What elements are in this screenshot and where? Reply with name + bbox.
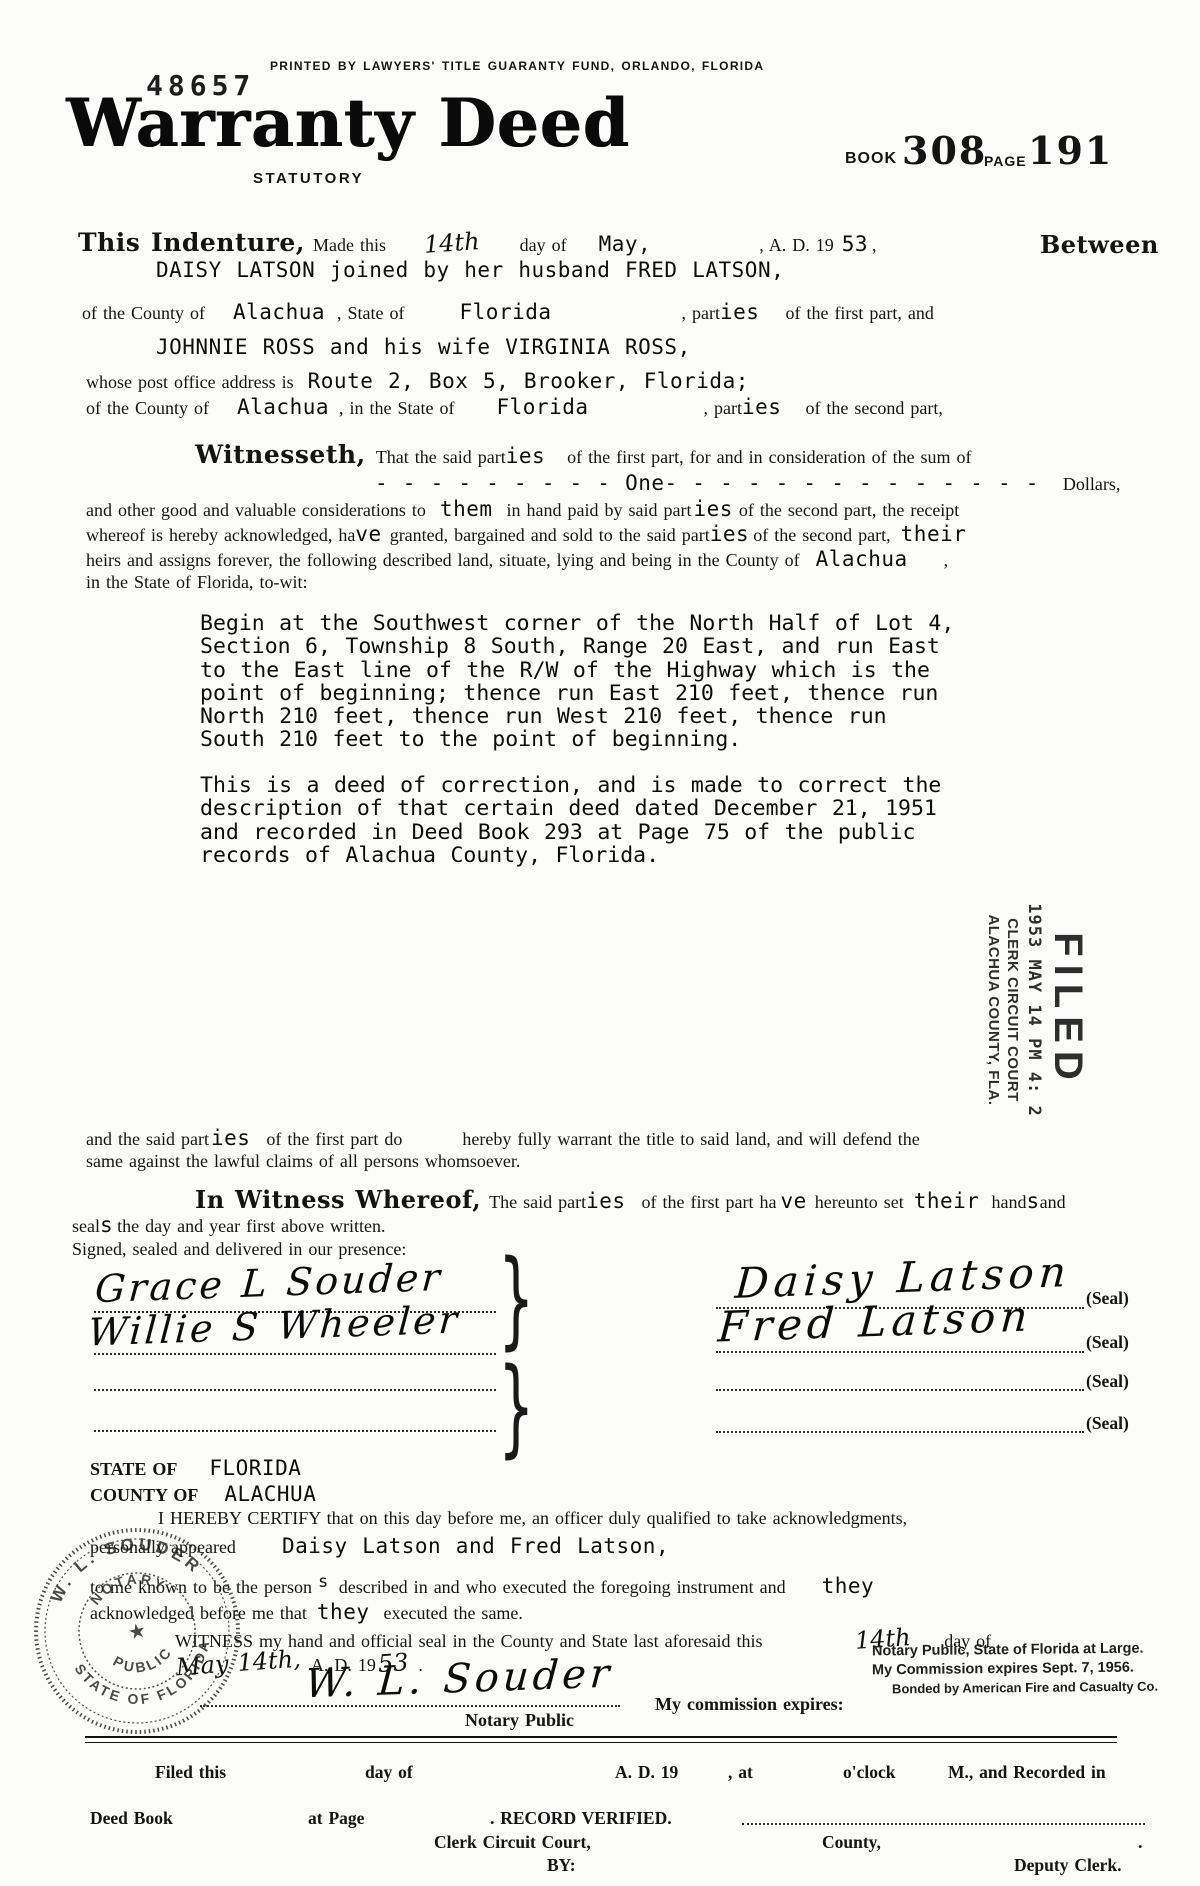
l2a-text: and other good and valuable consideratio… bbox=[86, 500, 426, 520]
witness2-signature: Willie S Wheeler bbox=[88, 1305, 460, 1349]
second-part-text: of the second part, bbox=[805, 398, 942, 418]
legal-description-para1: Begin at the Southwest corner of the Nor… bbox=[200, 612, 954, 752]
county-line: COUNTY OFALACHUA bbox=[90, 1482, 316, 1506]
state-of-text: , State of bbox=[337, 303, 405, 323]
footer-at-label: , at bbox=[728, 1762, 753, 1782]
county1-typed: Alachua bbox=[233, 300, 325, 324]
iww-ies-typed: ies bbox=[586, 1189, 625, 1213]
brace-top: } bbox=[498, 1246, 534, 1352]
l4-county-typed: Alachua bbox=[816, 547, 908, 571]
iww-hand-text: hand bbox=[991, 1192, 1026, 1212]
footer-ad19-label: A. D. 19 bbox=[615, 1762, 678, 1782]
first-part-text: of the first part, and bbox=[785, 303, 933, 323]
seal-label-2: (Seal) bbox=[1086, 1332, 1129, 1352]
l4a-text: heirs and assigns forever, the following… bbox=[86, 550, 800, 570]
document-title: Warranty Deed bbox=[66, 84, 630, 162]
warranty-l1b-text: of the first part do bbox=[266, 1129, 402, 1149]
description-line: Section 6, Township 8 South, Range 20 Ea… bbox=[200, 635, 954, 658]
commission-expires-label: My commission expires: bbox=[655, 1694, 844, 1715]
amount-line: - - - - - - - - - One- - - - - - - - - -… bbox=[375, 471, 1120, 495]
svg-text:PUBLIC: PUBLIC bbox=[108, 1641, 179, 1681]
state-label-text: STATE OF bbox=[90, 1459, 177, 1479]
seal-inner-bottom-text: PUBLIC bbox=[108, 1641, 179, 1681]
l2-ies-typed: ies bbox=[693, 497, 732, 521]
certify-line: I HEREBY CERTIFY that on this day before… bbox=[158, 1508, 907, 1529]
consideration-line3: whereof is hereby acknowledged, havegran… bbox=[86, 522, 966, 546]
footer-day-of-label: day of bbox=[365, 1762, 413, 1782]
witness-sig-line2 bbox=[94, 1352, 496, 1355]
county-label-text: COUNTY OF bbox=[90, 1485, 198, 1505]
person-s-typed: s bbox=[318, 1572, 329, 1592]
seal-label-3: (Seal) bbox=[1086, 1371, 1129, 1391]
book-label: BOOK bbox=[845, 150, 897, 168]
grantors-names: DAISY LATSON joined by her husband FRED … bbox=[156, 258, 784, 282]
witnesseth-line: Witnesseth,That the said partiesof the f… bbox=[195, 441, 972, 470]
iww-ve-typed: ve bbox=[780, 1189, 806, 1213]
witness-sig-line3 bbox=[94, 1388, 496, 1391]
footer-period: . bbox=[1138, 1832, 1142, 1852]
brace-bottom: } bbox=[498, 1354, 534, 1460]
svg-text:NOTARY: NOTARY bbox=[83, 1563, 172, 1610]
witness-whereof-line2: sealsthe day and year first above writte… bbox=[72, 1213, 386, 1237]
seal-star-icon: ★ bbox=[126, 1619, 148, 1644]
warranty-deed-document: PRINTED BY LAWYERS' TITLE GUARANTY FUND,… bbox=[0, 0, 1200, 1886]
l4b-text: , bbox=[944, 550, 949, 570]
notary-signature: W. L. Souder bbox=[305, 1656, 613, 1702]
l2c-text: of the second part, the receipt bbox=[739, 500, 959, 520]
grantor2-signature: Fred Latson bbox=[718, 1298, 1033, 1346]
deputy-clerk-label: Deputy Clerk. bbox=[1014, 1855, 1121, 1875]
po-label-text: whose post office address is bbox=[86, 372, 294, 392]
iww-s1-typed: s bbox=[1026, 1189, 1039, 1213]
that-said-part-text: That the said part bbox=[376, 447, 506, 467]
post-office-line: whose post office address isRoute 2, Box… bbox=[86, 369, 749, 393]
iww-l1a-text: The said part bbox=[489, 1192, 586, 1212]
witness2-script: Willie S Wheeler bbox=[87, 1298, 462, 1355]
state-typed: FLORIDA bbox=[209, 1456, 301, 1480]
footer-county-label: County, bbox=[822, 1832, 881, 1852]
known-b-text: described in and who executed the forego… bbox=[339, 1577, 786, 1597]
description-line: Begin at the Southwest corner of the Nor… bbox=[200, 612, 954, 635]
consideration-line5: in the State of Florida, to-wit: bbox=[86, 572, 307, 593]
appeared-names-typed: Daisy Latson and Fred Latson, bbox=[282, 1534, 669, 1558]
made-this-text: Made this bbox=[313, 235, 386, 255]
printed-by-line: PRINTED BY LAWYERS' TITLE GUARANTY FUND,… bbox=[270, 60, 764, 74]
comma-text: , bbox=[872, 235, 877, 255]
grantor-sig-line3 bbox=[716, 1388, 1084, 1391]
iww-and-text: and bbox=[1040, 1192, 1066, 1212]
day-of-text: day of bbox=[520, 235, 567, 255]
iww-s2-typed: s bbox=[100, 1213, 113, 1237]
ad-text: , A. D. 19 bbox=[759, 235, 834, 255]
commission-stamp-line2: My Commission expires Sept. 7, 1956. bbox=[872, 1660, 1134, 1679]
notary-seal-svg: W. L. SOUDER STATE OF FLORIDA NOTARY PUB… bbox=[10, 1504, 264, 1758]
in-witness-whereof-heading: In Witness Whereof, bbox=[195, 1185, 481, 1214]
seal-label-1: (Seal) bbox=[1086, 1288, 1129, 1308]
witness-whereof-line1: In Witness Whereof,The said partiesof th… bbox=[195, 1186, 1066, 1214]
ack-b-text: executed the same. bbox=[383, 1603, 522, 1623]
l3a-text: whereof is hereby acknowledged, ha bbox=[86, 525, 355, 545]
notary-seal-stamp: W. L. SOUDER STATE OF FLORIDA NOTARY PUB… bbox=[10, 1504, 264, 1758]
at-page-label: at Page bbox=[308, 1808, 364, 1828]
page-number-stamp: 191 bbox=[1028, 128, 1113, 173]
witnesseth-ies-typed: ies bbox=[506, 444, 545, 468]
consideration-text: of the first part, for and in considerat… bbox=[567, 447, 971, 467]
statutory-subtitle: STATUTORY bbox=[253, 170, 364, 187]
of-county2-text: of the County of bbox=[86, 398, 209, 418]
state2-typed: Florida bbox=[497, 395, 589, 419]
record-verified-line bbox=[742, 1822, 1145, 1825]
notary-sig-line bbox=[200, 1704, 620, 1707]
description-line: description of that certain deed dated D… bbox=[200, 797, 941, 820]
grantor-county-line: of the County ofAlachua, State ofFlorida… bbox=[82, 300, 934, 324]
seal-inner-top-text: NOTARY bbox=[83, 1563, 172, 1610]
po-address-typed: Route 2, Box 5, Brooker, Florida; bbox=[308, 369, 749, 393]
witness-sig-line4 bbox=[94, 1429, 496, 1432]
month-typed: May, bbox=[599, 232, 652, 256]
notary-script: W. L. Souder bbox=[303, 1651, 614, 1708]
grantor-sig-line4 bbox=[716, 1430, 1084, 1433]
filed-stamp: FILED 1953 MAY 14 PM 4: 2 CLERK CIRCUIT … bbox=[930, 890, 1090, 1130]
record-verified-label: . RECORD VERIFIED. bbox=[490, 1808, 672, 1828]
l3b-text: granted, bargained and sold to the said … bbox=[390, 525, 710, 545]
filed-stamp-county: ALACHUA COUNTY, FLA. bbox=[984, 890, 1003, 1130]
filed-stamp-clerk: CLERK CIRCUIT COURT bbox=[1003, 890, 1022, 1130]
deed-book-label: Deed Book bbox=[90, 1808, 173, 1828]
iww-their-typed: their bbox=[914, 1189, 980, 1213]
indenture-line: This Indenture,Made this14thday ofMay,, … bbox=[78, 229, 877, 258]
warranty-l1a-text: and the said part bbox=[86, 1129, 209, 1149]
commission-stamp-line3: Bonded by American Fire and Casualty Co. bbox=[892, 1679, 1158, 1697]
iww-l2b-text: the day and year first above written. bbox=[117, 1216, 385, 1236]
of-county-text: of the County of bbox=[82, 303, 205, 323]
book-number-stamp: 308 bbox=[902, 128, 987, 173]
grantees-names: JOHNNIE ROSS and his wife VIRGINIA ROSS, bbox=[156, 335, 691, 359]
seal-arc-bottom-text: STATE OF FLORIDA bbox=[70, 1634, 223, 1721]
part-text: , part bbox=[682, 303, 720, 323]
description-line: records of Alachua County, Florida. bbox=[200, 844, 941, 867]
l3c-text: of the second part, bbox=[753, 525, 890, 545]
state1-typed: Florida bbox=[460, 300, 552, 324]
day-handwritten: 14th bbox=[423, 228, 480, 259]
description-line: South 210 feet to the point of beginning… bbox=[200, 728, 954, 751]
grantor-sig-line2 bbox=[716, 1350, 1084, 1353]
grantee-county-line: of the County ofAlachua, in the State of… bbox=[86, 395, 943, 419]
l3-ies-typed: ies bbox=[710, 522, 749, 546]
consideration-line2: and other good and valuable consideratio… bbox=[86, 497, 959, 521]
warranty-line2: same against the lawful claims of all pe… bbox=[86, 1151, 520, 1172]
footer-oclock-label: o'clock bbox=[843, 1762, 896, 1782]
between-heading: Between bbox=[1040, 231, 1159, 259]
warranty-ies-typed: ies bbox=[211, 1126, 250, 1150]
legal-description-para2: This is a deed of correction, and is mad… bbox=[200, 774, 941, 867]
footer-recorded-label: M., and Recorded in bbox=[948, 1762, 1106, 1782]
dollars-text: Dollars, bbox=[1063, 474, 1121, 494]
warranty-line1: and the said partiesof the first part do… bbox=[86, 1126, 920, 1150]
signed-sealed-line: Signed, sealed and delivered in our pres… bbox=[72, 1239, 406, 1260]
consideration-line4: heirs and assigns forever, the following… bbox=[86, 547, 948, 571]
l2b-text: in hand paid by said part bbox=[507, 500, 692, 520]
county-typed: ALACHUA bbox=[224, 1482, 316, 1506]
part2-text: , part bbox=[704, 398, 742, 418]
page-label: PAGE bbox=[984, 153, 1027, 169]
seal-label-4: (Seal) bbox=[1086, 1413, 1129, 1433]
iww-l1b-text: of the first part ha bbox=[642, 1192, 777, 1212]
clerk-circuit-label: Clerk Circuit Court, bbox=[434, 1832, 591, 1852]
ve-typed: ve bbox=[355, 522, 381, 546]
notary-public-label: Notary Public bbox=[465, 1710, 574, 1731]
filed-this-label: Filed this bbox=[155, 1762, 226, 1782]
witnesseth-heading: Witnesseth, bbox=[195, 440, 366, 469]
description-line: This is a deed of correction, and is mad… bbox=[200, 774, 941, 797]
grantor2-script: Fred Latson bbox=[716, 1292, 1034, 1351]
county2-typed: Alachua bbox=[237, 395, 329, 419]
they2-typed: they bbox=[317, 1600, 370, 1624]
them-typed: them bbox=[440, 497, 493, 521]
year-typed: 53 bbox=[842, 232, 868, 256]
svg-text:STATE OF FLORIDA: STATE OF FLORIDA bbox=[70, 1634, 223, 1721]
by-label: BY: bbox=[547, 1855, 576, 1875]
description-line: point of beginning; thence run East 210 … bbox=[200, 682, 954, 705]
iww-seal-text: seal bbox=[72, 1216, 100, 1236]
ies2-typed: ies bbox=[742, 395, 781, 419]
in-state-of-text: , in the State of bbox=[339, 398, 454, 418]
description-line: and recorded in Deed Book 293 at Page 75… bbox=[200, 821, 941, 844]
they1-typed: they bbox=[822, 1574, 875, 1598]
iww-l1c-text: hereunto set bbox=[815, 1192, 904, 1212]
filed-stamp-word: FILED bbox=[1046, 890, 1090, 1130]
filed-stamp-datetime: 1953 MAY 14 PM 4: 2 bbox=[1022, 890, 1046, 1130]
amount-dashes-typed: - - - - - - - - - One- - - - - - - - - -… bbox=[375, 471, 1039, 495]
their-typed: their bbox=[901, 522, 967, 546]
footer-divider bbox=[85, 1736, 1117, 1743]
state-line: STATE OFFLORIDA bbox=[90, 1456, 301, 1480]
commission-stamp-line1: Notary Public, State of Florida at Large… bbox=[872, 1641, 1144, 1660]
description-line: to the East line of the R/W of the Highw… bbox=[200, 659, 954, 682]
warranty-l1c-text: hereby fully warrant the title to said l… bbox=[462, 1129, 919, 1149]
this-indenture-heading: This Indenture, bbox=[78, 228, 305, 257]
description-line: North 210 feet, thence run West 210 feet… bbox=[200, 705, 954, 728]
ies1-typed: ies bbox=[720, 300, 759, 324]
